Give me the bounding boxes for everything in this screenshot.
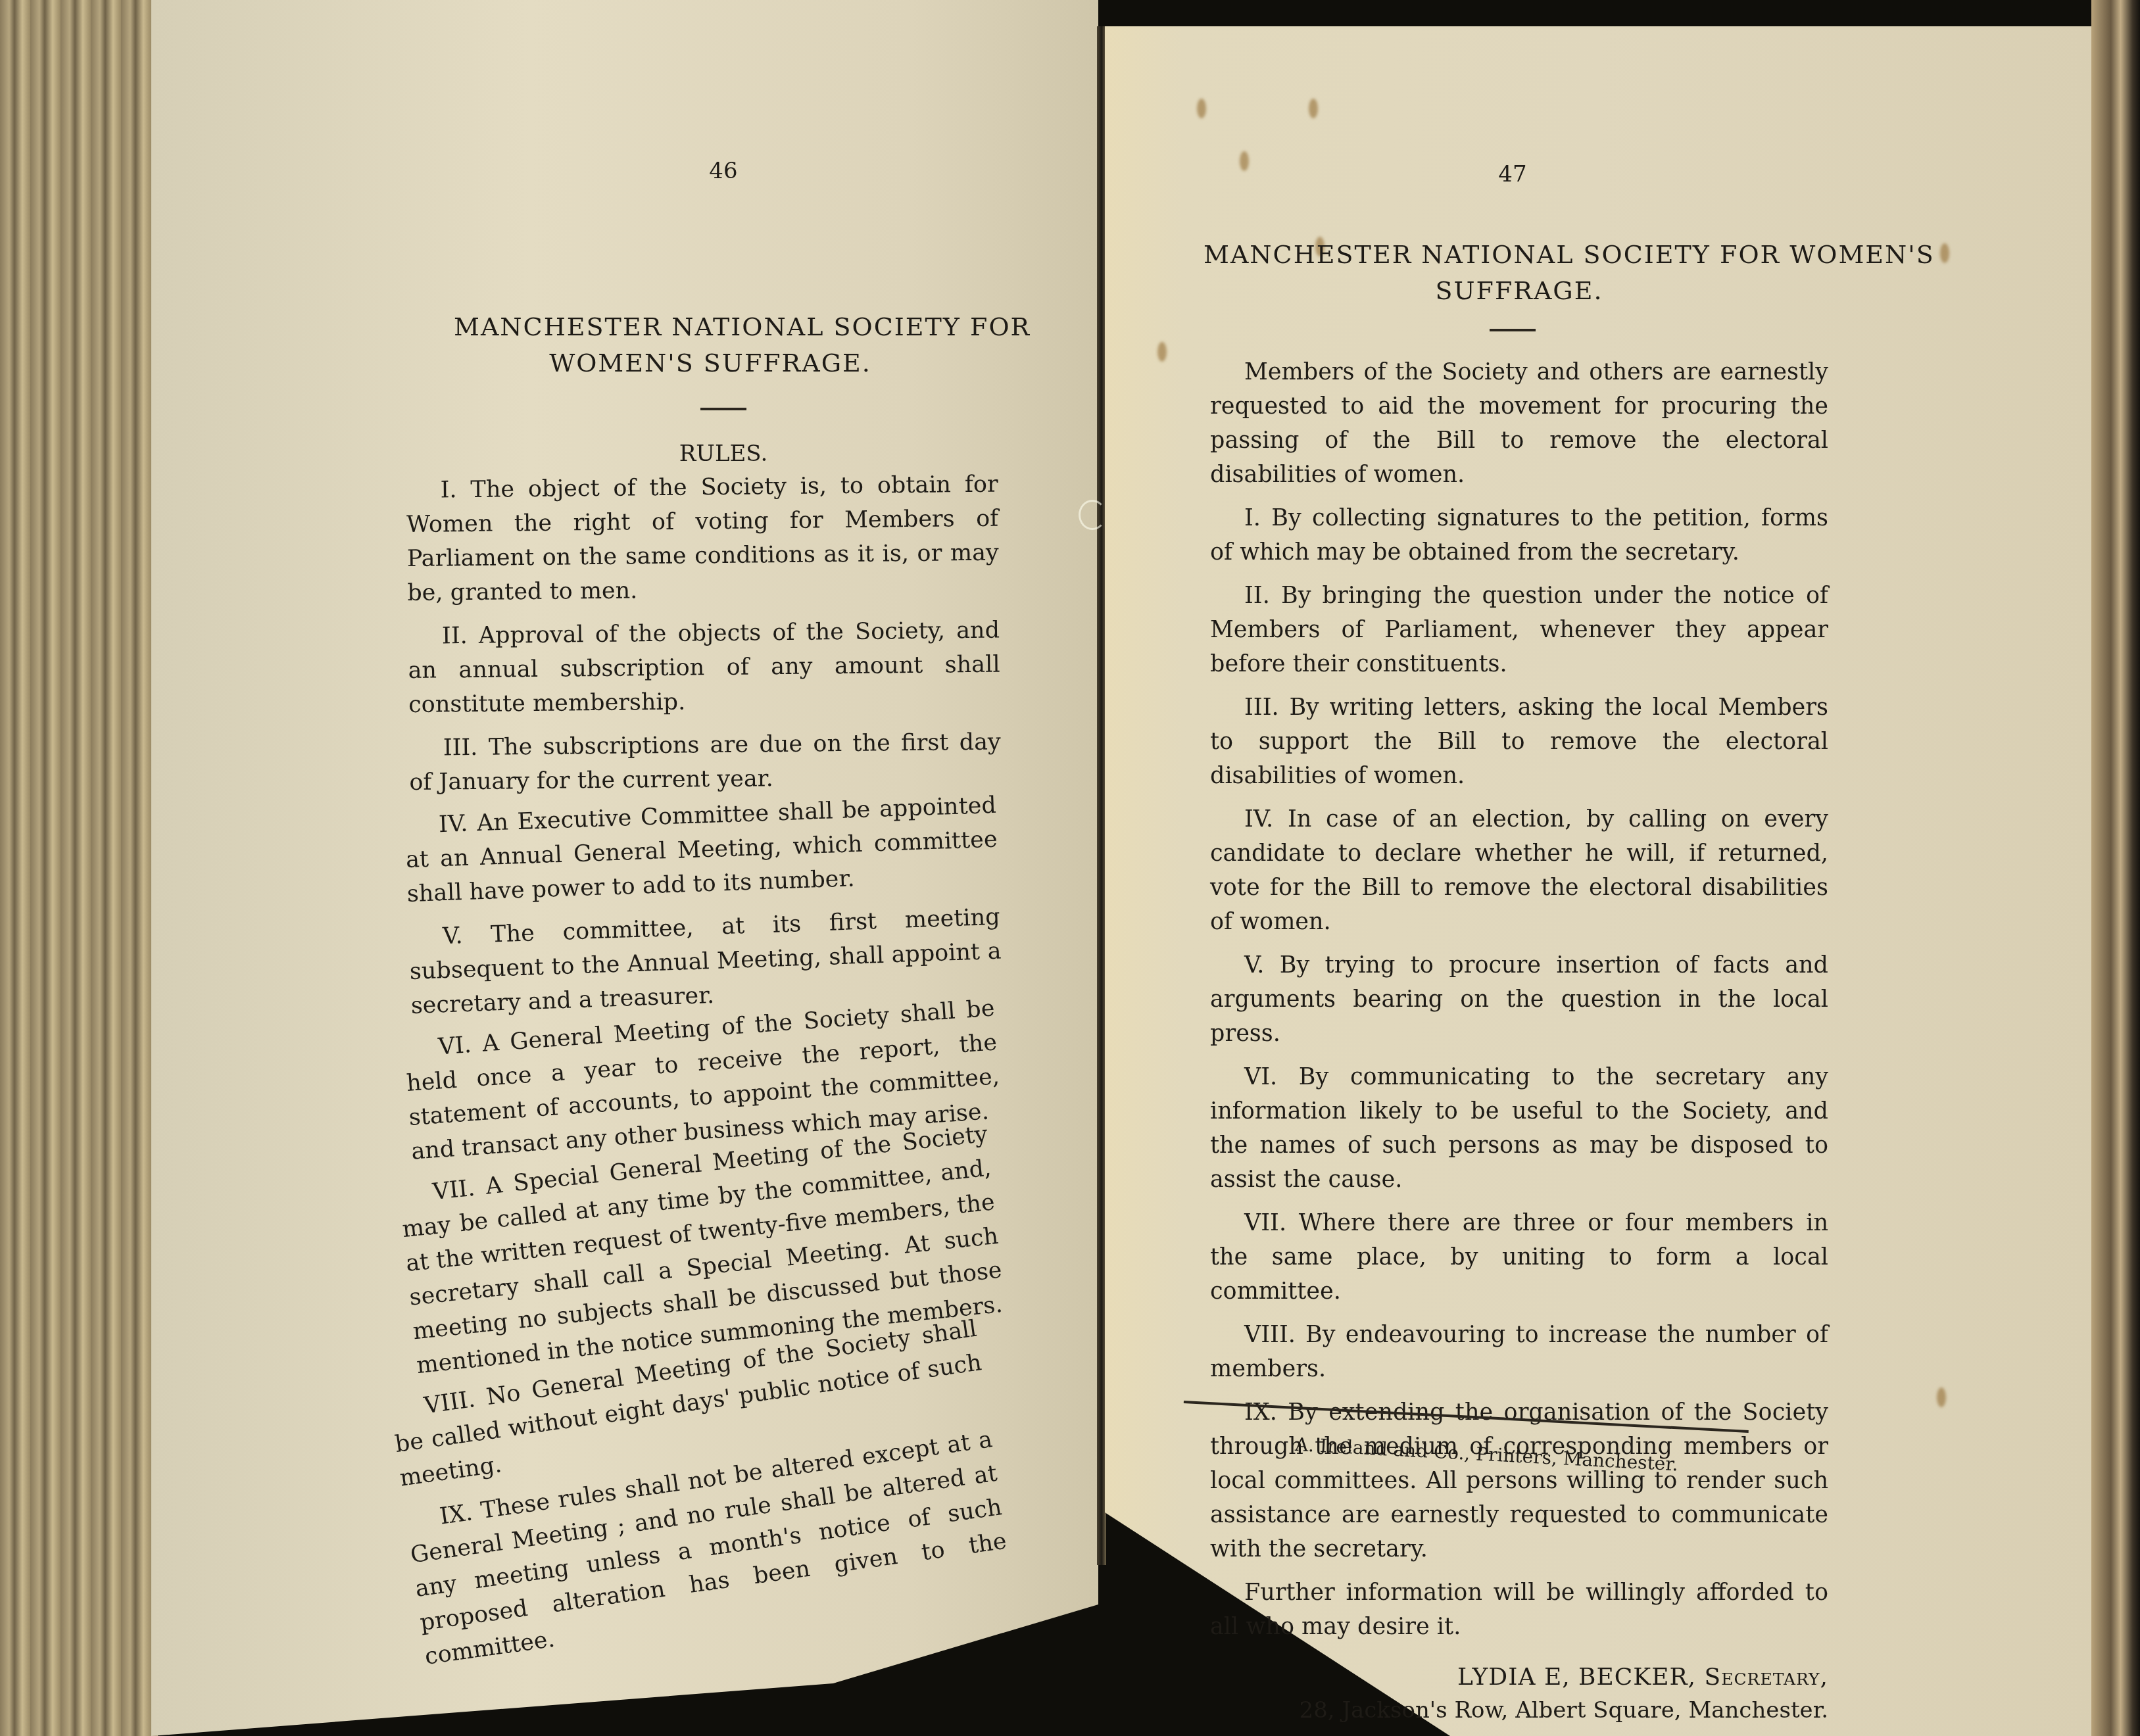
methods-list: Members of the Society and others are ea… [1210, 355, 1828, 1727]
signature-name: LYDIA E, BECKER, [1457, 1664, 1696, 1691]
foxing-stain [1157, 342, 1167, 362]
page-number-left: 46 [684, 158, 763, 184]
signature-title: Secretary, [1705, 1664, 1828, 1691]
right-title-line2: SUFFRAGE. [1204, 276, 1835, 305]
method-item: V. By trying to procure insertion of fac… [1210, 948, 1828, 1051]
right-title-line1: MANCHESTER NATIONAL SOCIETY FOR WOMEN'S [1204, 240, 1835, 269]
method-item: I. By collecting signatures to the petit… [1210, 501, 1828, 569]
rule-item: III. The subscriptions are due on the fi… [409, 725, 1002, 800]
left-title-line1: MANCHESTER NATIONAL SOCIETY FOR [454, 312, 967, 341]
closing-paragraph: Further information will be willingly af… [1210, 1576, 1828, 1644]
rules-heading: RULES. [658, 441, 789, 467]
signature: LYDIA E, BECKER, Secretary, [1210, 1661, 1828, 1694]
foxing-stain [1309, 99, 1318, 118]
left-title-rule [700, 408, 746, 410]
method-item: VIII. By endeavouring to increase the nu… [1210, 1318, 1828, 1386]
method-item: III. By writing letters, asking the loca… [1210, 690, 1828, 793]
intro-paragraph: Members of the Society and others are ea… [1210, 355, 1828, 492]
page-number-right: 47 [1473, 161, 1552, 187]
right-title-rule [1490, 329, 1536, 331]
book-edge-left [0, 0, 158, 1736]
rule-item: IV. An Executive Committee shall be appo… [404, 788, 999, 911]
method-item: VI. By communicating to the secretary an… [1210, 1060, 1828, 1197]
method-item: IX. By extending the organisation of the… [1210, 1395, 1828, 1566]
book-gutter [1097, 26, 1106, 1565]
book-edge-right [2091, 0, 2140, 1736]
method-item: VII. Where there are three or four membe… [1210, 1206, 1828, 1309]
foxing-stain [1937, 1387, 1946, 1407]
foxing-stain [1240, 151, 1249, 171]
foxing-stain [1940, 243, 1949, 263]
rule-item: I. The object of the Society is, to obta… [406, 468, 999, 610]
address: 28, Jackson's Row, Albert Square, Manche… [1210, 1694, 1828, 1727]
method-item: II. By bringing the question under the n… [1210, 579, 1828, 681]
left-title-line2: WOMEN'S SUFFRAGE. [454, 349, 967, 377]
rule-item: II. Approval of the objects of the Socie… [408, 614, 1001, 722]
method-item: IV. In case of an election, by calling o… [1210, 802, 1828, 939]
page-crease [1079, 500, 1106, 530]
foxing-stain [1197, 99, 1206, 118]
rules-list: I. The object of the Society is, to obta… [408, 473, 1000, 1685]
